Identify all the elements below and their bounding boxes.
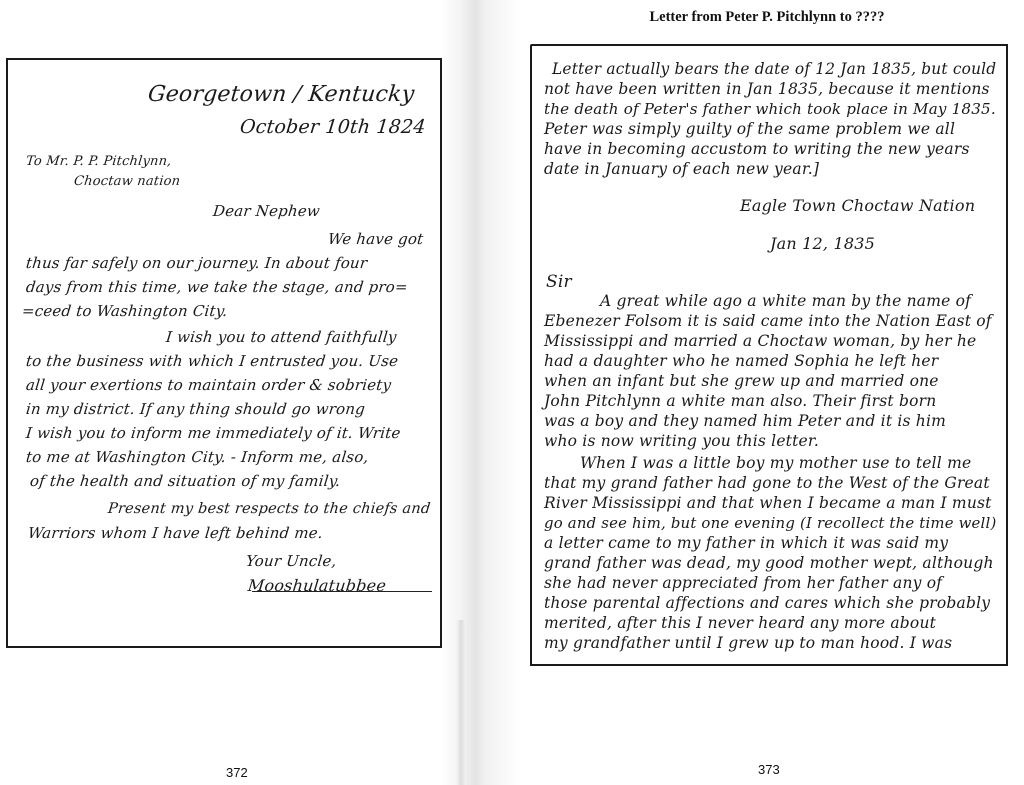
signature: Mooshulatubbee (247, 576, 387, 595)
body-line: Ebenezer Folsom it is said came into the… (544, 312, 992, 330)
body-line: to me at Washington City. - Inform me, a… (25, 448, 369, 466)
body-line: had a daughter who he named Sophia he le… (544, 352, 938, 370)
body-line: go and see him, but one evening (I recol… (544, 514, 996, 532)
body-line: who is now writing you this letter. (544, 432, 819, 450)
left-page: Georgetown / Kentucky October 10th 1824 … (0, 0, 462, 785)
body-line: those parental affections and cares whic… (544, 594, 990, 612)
body-line: to the business with which I entrusted y… (25, 352, 399, 370)
signature-underline (252, 591, 432, 592)
body-line: Present my best respects to the chiefs a… (107, 500, 431, 517)
body-line: thus far safely on our journey. In about… (25, 254, 368, 272)
page-title: Letter from Peter P. Pitchlynn to ???? (530, 9, 1004, 26)
body-line: my grandfather until I grew up to man ho… (544, 634, 952, 652)
page-number-left: 372 (226, 765, 248, 780)
book-spread: Georgetown / Kentucky October 10th 1824 … (0, 0, 1024, 785)
body-line: =ceed to Washington City. (21, 302, 228, 320)
body-line: in my district. If any thing should go w… (25, 400, 366, 418)
body-line: Mississippi and married a Choctaw woman,… (544, 332, 976, 350)
body-line: merited, after this I never heard any mo… (544, 614, 936, 632)
body-line: days from this time, we take the stage, … (25, 278, 409, 296)
body-line: I wish you to attend faithfully (165, 328, 397, 346)
body-line: that my grand father had gone to the Wes… (544, 474, 990, 492)
body-line: I wish you to inform me immediately of i… (25, 424, 402, 442)
note-line: date in January of each new year.] (544, 160, 819, 178)
page-number-right: 373 (758, 762, 780, 777)
body-line: of the health and situation of my family… (29, 472, 341, 490)
body-line: all your exertions to maintain order & s… (25, 376, 392, 394)
salutation: Dear Nephew (212, 202, 321, 220)
body-line: Warriors whom I have left behind me. (27, 524, 324, 542)
note-line: have in becoming accustom to writing the… (544, 140, 970, 158)
body-line: grand father was dead, my good mother we… (544, 554, 994, 572)
recipient-line2: Choctaw nation (73, 174, 181, 189)
left-letter-frame: Georgetown / Kentucky October 10th 1824 … (6, 58, 442, 648)
body-line: she had never appreciated from her fathe… (544, 574, 942, 592)
closing: Your Uncle, (245, 552, 337, 570)
note-line: Peter was simply guilty of the same prob… (544, 120, 955, 138)
letter-place: Georgetown / Kentucky (147, 82, 416, 107)
body-line: A great while ago a white man by the nam… (600, 292, 971, 310)
body-line: when an infant but she grew up and marri… (544, 372, 939, 390)
body-line: was a boy and they named him Peter and i… (544, 412, 946, 430)
body-line: River Mississippi and that when I became… (544, 494, 992, 512)
note-line: the death of Peter's father which took p… (544, 100, 996, 118)
note-line: Letter actually bears the date of 12 Jan… (552, 60, 996, 78)
note-line: not have been written in Jan 1835, becau… (544, 80, 990, 98)
letter-date: October 10th 1824 (239, 116, 427, 138)
body-line: We have got (327, 230, 424, 248)
salutation: Sir (546, 272, 572, 292)
letter-place: Eagle Town Choctaw Nation (740, 196, 975, 215)
right-letter-frame: Letter actually bears the date of 12 Jan… (530, 44, 1008, 666)
recipient-line1: To Mr. P. P. Pitchlynn, (25, 154, 172, 169)
letter-date: Jan 12, 1835 (770, 234, 875, 253)
body-line: a letter came to my father in which it w… (544, 534, 948, 552)
body-line: When I was a little boy my mother use to… (580, 454, 971, 472)
body-line: John Pitchlynn a white man also. Their f… (544, 392, 936, 410)
